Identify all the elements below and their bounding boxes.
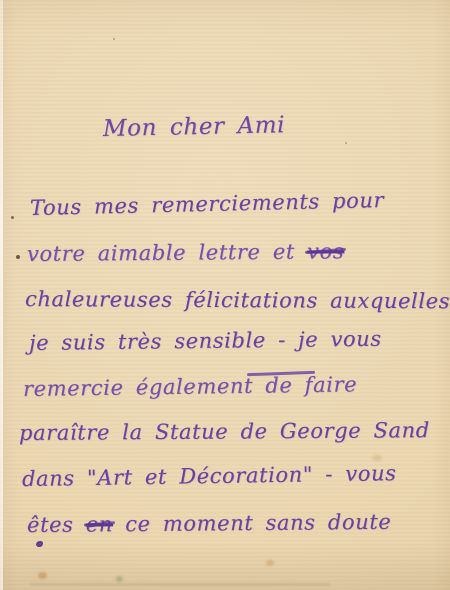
letter-line: votre aimable lettre et vos <box>27 239 344 266</box>
letter-photo: Mon cher Ami Tous mes remerciements pour… <box>0 0 450 590</box>
paper-smudge <box>30 583 330 586</box>
struck-word: vos <box>307 239 344 263</box>
ink-blot <box>36 541 43 547</box>
paper-left-edge <box>0 0 3 590</box>
letter-line: je suis très sensible - je vous <box>29 327 382 355</box>
letter-line: êtes en ce moment sans doute <box>27 510 392 537</box>
letter-line: remercie également de faire <box>23 372 357 401</box>
letter-line: paraître la Statue de George Sand <box>19 418 430 445</box>
salutation-line: Mon cher Ami <box>103 112 286 142</box>
paper-speck <box>113 38 115 40</box>
struck-word: en <box>86 512 113 536</box>
letter-line: Tous mes remerciements pour <box>30 188 385 220</box>
letter-line: chaleureuses félicitations auxquelles <box>25 287 450 313</box>
salutation-text: Mon cher Ami <box>103 112 286 142</box>
letter-line: dans "Art et Décoration" - vous <box>22 461 397 491</box>
fox-spot <box>266 560 274 566</box>
fox-spot <box>38 572 47 579</box>
paper-speck <box>16 255 20 259</box>
fox-spot <box>116 576 123 582</box>
fox-spot <box>372 455 382 461</box>
paper-speck <box>345 142 347 144</box>
paper-speck <box>11 216 14 219</box>
